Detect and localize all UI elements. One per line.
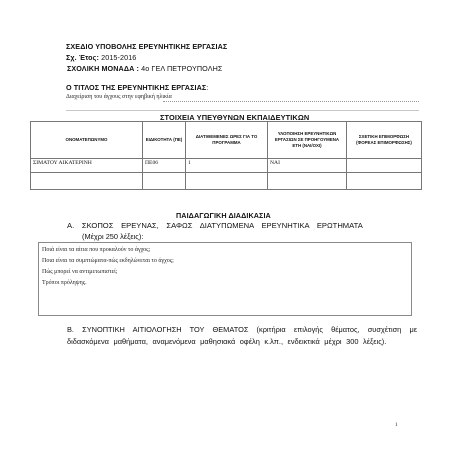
- col-header-previous-projects: ΥΛΟΠΟΙΗΣΗ ΕΡΕΥΝΗΤΙΚΩΝ ΕΡΓΑΣΙΩΝ ΣΕ ΠΡΟΗΓΟ…: [268, 122, 347, 159]
- project-title-heading: Ο ΤΙΤΛΟΣ ΤΗΣ ΕΡΕΥΝΗΤΙΚΗΣ ΕΡΓΑΣΙΑΣ:: [66, 83, 208, 92]
- school-unit: ΣΧΟΛΙΚΗ ΜΟΝΑΔΑ : 4ο ΓΕΛ ΠΕΤΡΟΥΠΟΛΗΣ: [67, 64, 222, 73]
- staff-table: ΟΝΟΜΑΤΕΠΩΝΥΜΟ ΕΙΔΙΚΟΤΗΤΑ (ΠΕ) ΔΙΑΤΙΘΕΜΕΝ…: [30, 121, 422, 190]
- cell-previous-projects: [268, 173, 347, 190]
- table-row: ΣΙΜΑΤΟΥ ΑΙΚΑΤΕΡΙΝΗ ΠΕ06 1 ΝΑΙ: [31, 159, 422, 173]
- cell-training: [347, 173, 422, 190]
- school-year-label: Σχ. Έτος:: [66, 53, 99, 62]
- section-b-text: Β. ΣΥΝΟΠΤΙΚΗ ΑΙΤΙΟΛΟΓΗΣΗ ΤΟΥ ΘΕΜΑΤΟΣ (κρ…: [67, 324, 417, 347]
- page-number: 1: [395, 422, 398, 428]
- cell-previous-projects: ΝΑΙ: [268, 159, 347, 173]
- title-second-line: [66, 110, 419, 111]
- cell-hours: [186, 173, 268, 190]
- cell-specialty: ΠΕ06: [143, 159, 186, 173]
- col-header-training: ΣΧΕΤΙΚΗ ΕΠΙΜΟΡΦΩΣΗ (ΦΟΡΕΑΣ ΕΠΙΜΟΡΦΩΣΗΣ): [347, 122, 422, 159]
- section-a-title: Α. ΣΚΟΠΟΣ ΕΡΕΥΝΑΣ, ΣΑΦΩΣ ΔΙΑΤΥΠΩΜΕΝΑ ΕΡΕ…: [67, 220, 417, 232]
- cell-specialty: [143, 173, 186, 190]
- col-header-fullname: ΟΝΟΜΑΤΕΠΩΝΥΜΟ: [31, 122, 143, 159]
- school-year-value: 2015-2016: [101, 53, 136, 62]
- school-year: Σχ. Έτος: 2015-2016: [66, 53, 136, 62]
- cell-training: [347, 159, 422, 173]
- table-row: [31, 173, 422, 190]
- col-header-hours: ΔΙΑΤΙΘΕΜΕΝΕΣ ΩΡΕΣ ΓΙΑ ΤΟ ΠΡΟΓΡΑΜΜΑ: [186, 122, 268, 159]
- col-header-specialty: ΕΙΔΙΚΟΤΗΤΑ (ΠΕ): [143, 122, 186, 159]
- staff-table-header-row: ΟΝΟΜΑΤΕΠΩΝΥΜΟ ΕΙΔΙΚΟΤΗΤΑ (ΠΕ) ΔΙΑΤΙΘΕΜΕΝ…: [31, 122, 422, 159]
- title-dotted-line: [163, 101, 419, 102]
- question-item: Ποιά είναι τα αίτια που προκαλούν το άγχ…: [42, 245, 408, 256]
- cell-fullname: [31, 173, 143, 190]
- question-item: Ποια είναι τα συμπτώματα-πώς εκδηλώνεται…: [42, 256, 408, 267]
- school-unit-label: ΣΧΟΛΙΚΗ ΜΟΝΑΔΑ :: [67, 64, 139, 73]
- project-title-label: Ο ΤΙΤΛΟΣ ΤΗΣ ΕΡΕΥΝΗΤΙΚΗΣ ΕΡΓΑΣΙΑΣ: [66, 83, 206, 92]
- document-title: ΣΧΕΔΙΟ ΥΠΟΒΟΛΗΣ ΕΡΕΥΝΗΤΙΚΗΣ ΕΡΓΑΣΙΑΣ: [66, 42, 227, 51]
- research-questions-box: Ποιά είναι τα αίτια που προκαλούν το άγχ…: [38, 242, 412, 316]
- school-unit-value: 4ο ΓΕΛ ΠΕΤΡΟΥΠΟΛΗΣ: [141, 64, 222, 73]
- question-item: Τρόποι πρόληψης.: [42, 278, 408, 289]
- cell-hours: 1: [186, 159, 268, 173]
- section-a-limit: (Μέχρι 250 λέξεις):: [82, 231, 143, 243]
- project-title-value: Διαχείριση του άγχους στην εφηβική ηλικί…: [66, 94, 172, 100]
- cell-fullname: ΣΙΜΑΤΟΥ ΑΙΚΑΤΕΡΙΝΗ: [31, 159, 143, 173]
- question-item: Πώς μπορεί να αντιμετωπιστεί;: [42, 267, 408, 278]
- pedagogy-heading: ΠΑΙΔΑΓΩΓΙΚΗ ΔΙΑΔΙΚΑΣΙΑ: [176, 211, 271, 220]
